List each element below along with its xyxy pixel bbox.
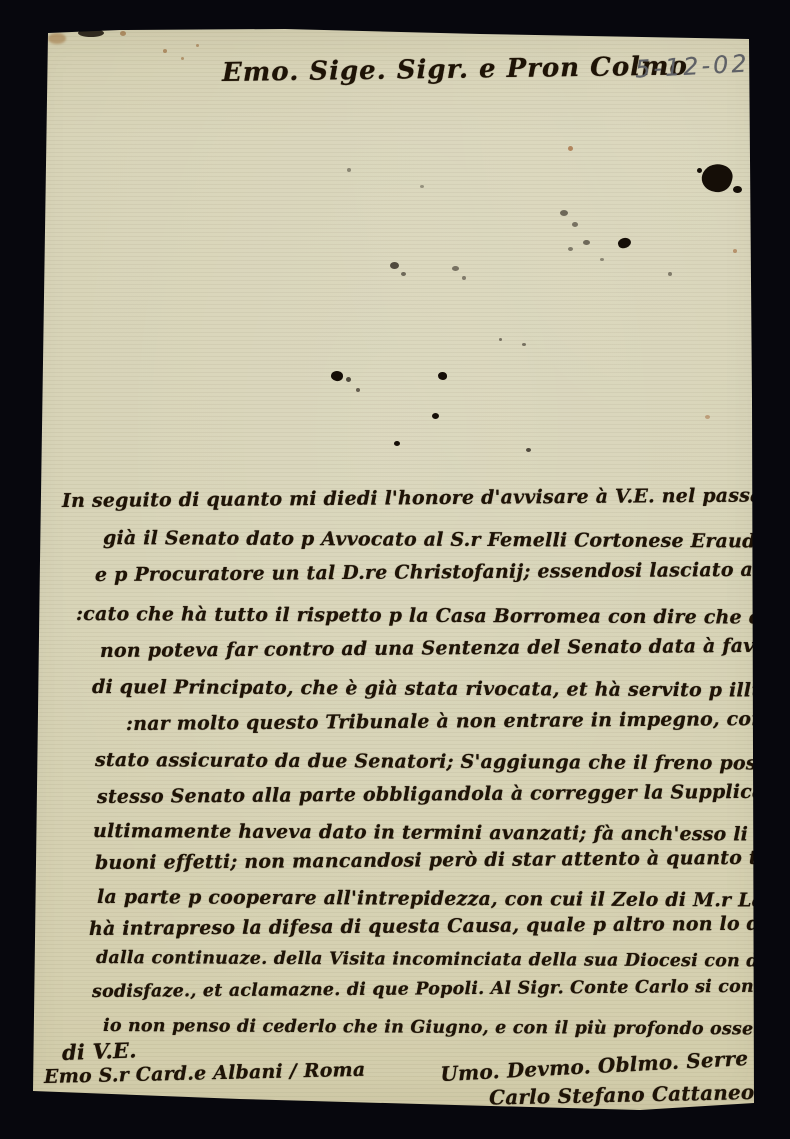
- ink-speck: [346, 377, 351, 382]
- stain: [48, 33, 66, 44]
- stain: [705, 415, 710, 419]
- ink-blot: [394, 441, 400, 446]
- stain: [163, 49, 167, 53]
- ink-speck: [526, 448, 531, 452]
- ink-speck: [347, 168, 351, 172]
- stain: [196, 44, 199, 47]
- ink-blot: [78, 29, 104, 37]
- body-line: stato assicurato da due Senatori; S'aggi…: [95, 749, 790, 775]
- ink-speck: [572, 222, 578, 227]
- stain: [181, 57, 184, 60]
- ink-blot: [438, 372, 447, 380]
- ink-blot: [432, 413, 439, 419]
- ink-speck: [583, 240, 590, 245]
- ink-blot: [697, 168, 702, 173]
- ink-speck: [462, 276, 466, 280]
- body-line: ultimamente haveva dato in termini avanz…: [93, 820, 790, 846]
- body-line: la parte p cooperare all'intrepidezza, c…: [97, 886, 790, 912]
- valediction: di V.E.: [62, 1037, 137, 1065]
- ink-blot: [733, 186, 742, 193]
- ink-speck: [420, 185, 424, 188]
- stain: [120, 31, 126, 36]
- body-line: già il Senato dato p Avvocato al S.r Fem…: [103, 527, 776, 553]
- stain: [733, 249, 737, 253]
- body-line: dalla continuaze. della Visita incominci…: [96, 948, 790, 972]
- ink-speck: [401, 272, 406, 276]
- ink-speck: [452, 266, 459, 271]
- letter-paper: Emo. Sige. Sigr. e Pron Colmo 5-12-021 I…: [0, 0, 790, 1139]
- ink-speck: [668, 272, 672, 276]
- ink-speck: [356, 388, 360, 392]
- body-line: :cato che hà tutto il rispetto p la Casa…: [76, 603, 789, 629]
- ink-speck: [522, 343, 526, 346]
- stain: [568, 146, 573, 151]
- ink-speck: [560, 210, 568, 216]
- ink-speck: [568, 247, 573, 251]
- ink-speck: [499, 338, 502, 341]
- body-line: di quel Principato, che è già stata rivo…: [92, 676, 790, 702]
- ink-speck: [600, 258, 604, 261]
- ink-speck: [390, 262, 399, 269]
